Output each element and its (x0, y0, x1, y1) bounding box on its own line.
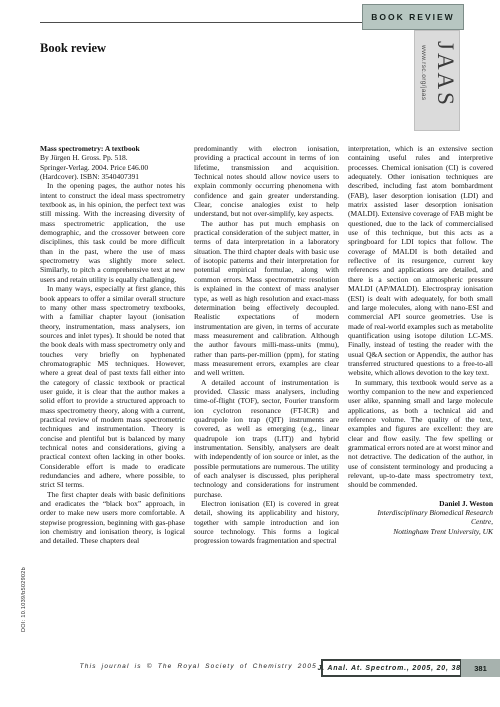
column-2: predominantly with electron ionisation, … (194, 144, 339, 546)
book-details: By Jürgen H. Gross. Pp. 518.Springer-Ver… (40, 153, 185, 181)
reviewer-signature: Daniel J. Weston Interdisciplinary Biome… (348, 499, 493, 536)
reviewer-name: Daniel J. Weston (348, 499, 493, 508)
paragraph: A detailed account of instrumentation is… (194, 378, 339, 499)
journal-url: www.rsc.org/jaas (420, 45, 427, 101)
text-line: (Hardcover). ISBN: 3540407391 (40, 172, 185, 181)
book-review-banner: BOOK REVIEW (362, 4, 464, 30)
paragraph: In the opening pages, the author notes h… (40, 181, 185, 284)
column-3-paragraphs: interpretation, which is an extensive se… (348, 144, 493, 490)
page-title: Book review (40, 41, 106, 56)
copyright-notice: This journal is © The Royal Society of C… (80, 663, 317, 670)
column-1: Mass spectrometry: A textbook By Jürgen … (40, 144, 185, 546)
text-line: By Jürgen H. Gross. Pp. 518. (40, 153, 185, 162)
header-rule (40, 22, 362, 23)
column-2-paragraphs: predominantly with electron ionisation, … (194, 144, 339, 546)
paragraph: Electron ionisation (EI) is covered in g… (194, 499, 339, 546)
page-number-box: 381 (461, 659, 500, 677)
journal-tab: www.rsc.org/jaas JAAS (414, 30, 460, 131)
journal-page: BOOK REVIEW www.rsc.org/jaas JAAS Book r… (0, 0, 500, 707)
page-number: 381 (474, 664, 487, 673)
article-body: Mass spectrometry: A textbook By Jürgen … (40, 144, 493, 546)
paragraph: predominantly with electron ionisation, … (194, 144, 339, 219)
paragraph: The author has put much emphasis on prac… (194, 219, 339, 378)
paragraph: The first chapter deals with basic defin… (40, 490, 185, 546)
reviewer-affiliation: Interdisciplinary Biomedical ResearchCen… (348, 508, 493, 536)
doi-label: DOI: 10.1039/b502902b (21, 567, 27, 632)
text-line: Interdisciplinary Biomedical Research (348, 508, 493, 517)
journal-citation-box: J. Anal. At. Spectrom., 2005, 20, 381 (321, 659, 462, 677)
journal-logo: JAAS (432, 41, 458, 108)
text-line: Centre, (348, 517, 493, 526)
journal-citation: J. Anal. At. Spectrom., 2005, 20, 381 (317, 665, 465, 672)
paragraph: In summary, this textbook would serve as… (348, 378, 493, 490)
paragraph: In many ways, especially at first glance… (40, 284, 185, 490)
column-1-paragraphs: In the opening pages, the author notes h… (40, 181, 185, 545)
paragraph: interpretation, which is an extensive se… (348, 144, 493, 378)
book-title: Mass spectrometry: A textbook (40, 144, 185, 153)
text-line: Nottingham Trent University, UK (348, 527, 493, 536)
banner-label: BOOK REVIEW (371, 12, 454, 22)
text-line: Springer-Verlag. 2004. Price £46.00 (40, 163, 185, 172)
column-3: interpretation, which is an extensive se… (348, 144, 493, 546)
